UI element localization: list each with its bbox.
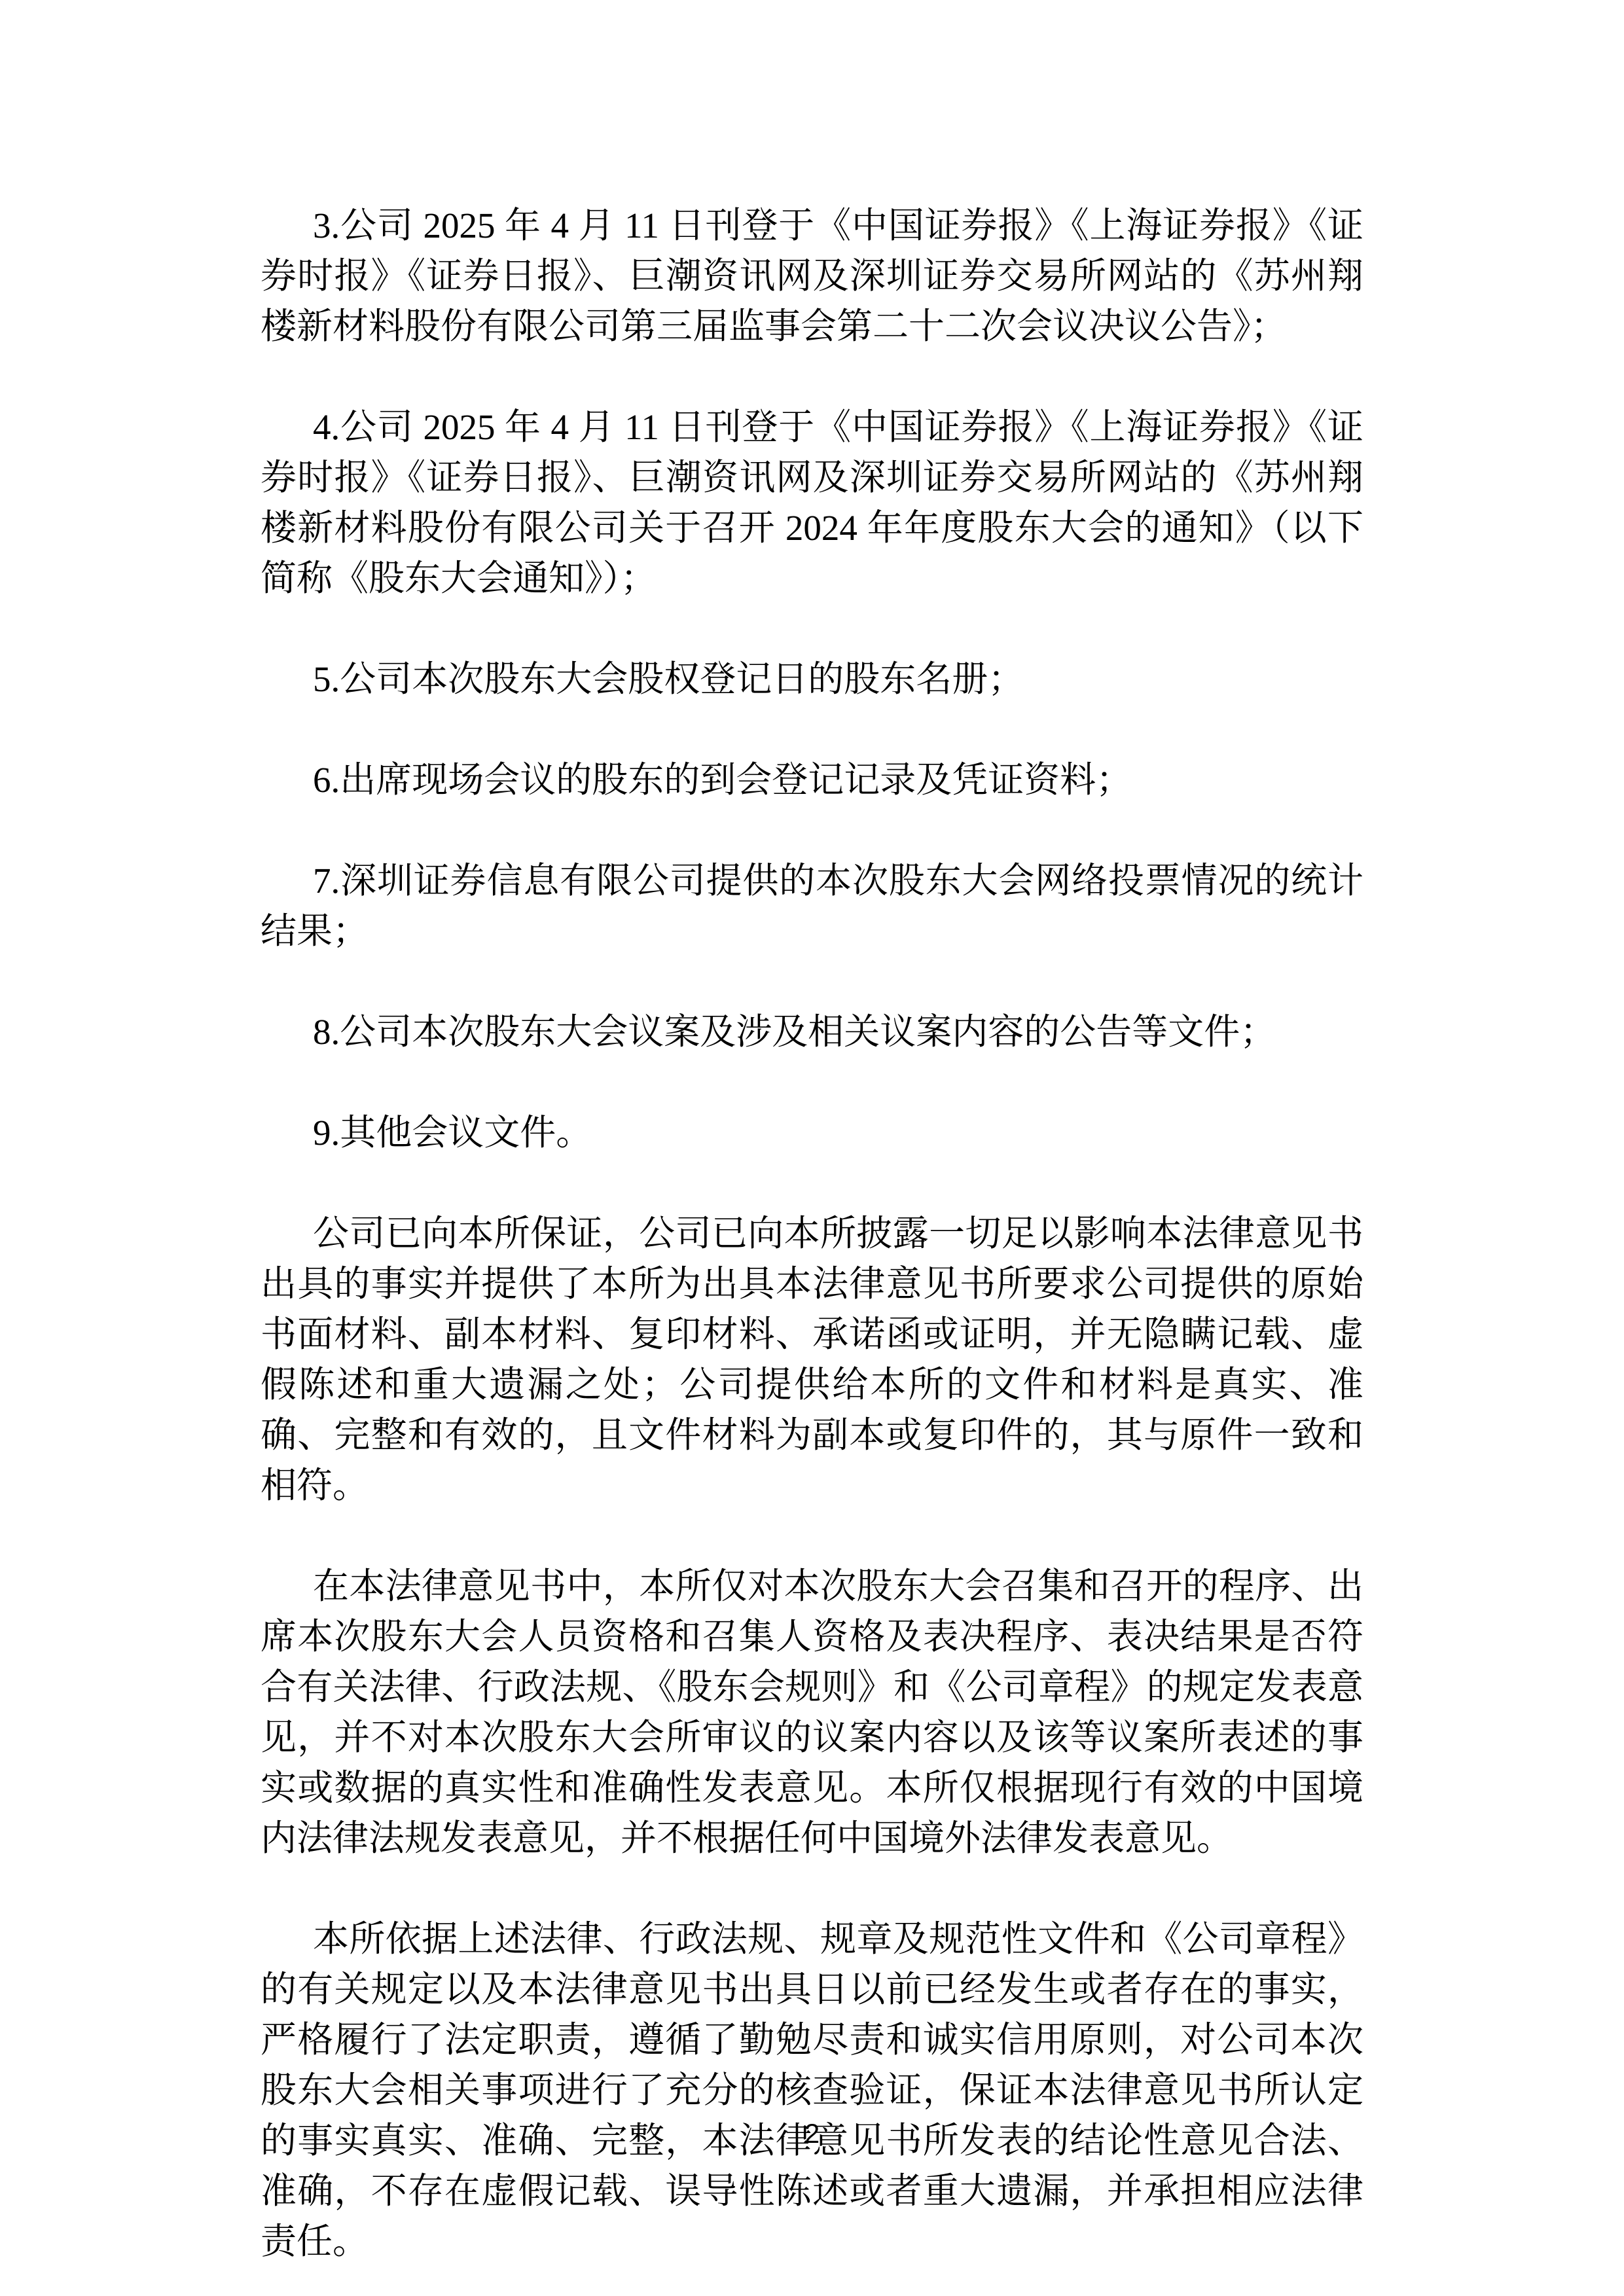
paragraph: 8.公司本次股东大会议案及涉及相关议案内容的公告等文件；: [261, 1007, 1363, 1057]
paragraph: 本所依据上述法律、行政法规、规章及规范性文件和《公司章程》的有关规定以及本法律意…: [261, 1914, 1363, 2267]
paragraph: 4.公司 2025 年 4 月 11 日刊登于《中国证券报》《上海证券报》《证券…: [261, 402, 1363, 603]
paragraph: 公司已向本所保证，公司已向本所披露一切足以影响本法律意见书出具的事实并提供了本所…: [261, 1208, 1363, 1511]
page-number: 2: [0, 2118, 1624, 2149]
paragraph: 在本法律意见书中，本所仅对本次股东大会召集和召开的程序、出席本次股东大会人员资格…: [261, 1561, 1363, 1863]
paragraph: 9.其他会议文件。: [261, 1107, 1363, 1158]
document-body: 3.公司 2025 年 4 月 11 日刊登于《中国证券报》《上海证券报》《证券…: [261, 200, 1363, 2267]
paragraph: 5.公司本次股东大会股权登记日的股东名册；: [261, 654, 1363, 704]
document-page: 3.公司 2025 年 4 月 11 日刊登于《中国证券报》《上海证券报》《证券…: [0, 0, 1624, 2296]
paragraph: 7.深圳证券信息有限公司提供的本次股东大会网络投票情况的统计结果；: [261, 855, 1363, 956]
paragraph: 6.出席现场会议的股东的到会登记记录及凭证资料；: [261, 755, 1363, 805]
paragraph: 3.公司 2025 年 4 月 11 日刊登于《中国证券报》《上海证券报》《证券…: [261, 200, 1363, 351]
